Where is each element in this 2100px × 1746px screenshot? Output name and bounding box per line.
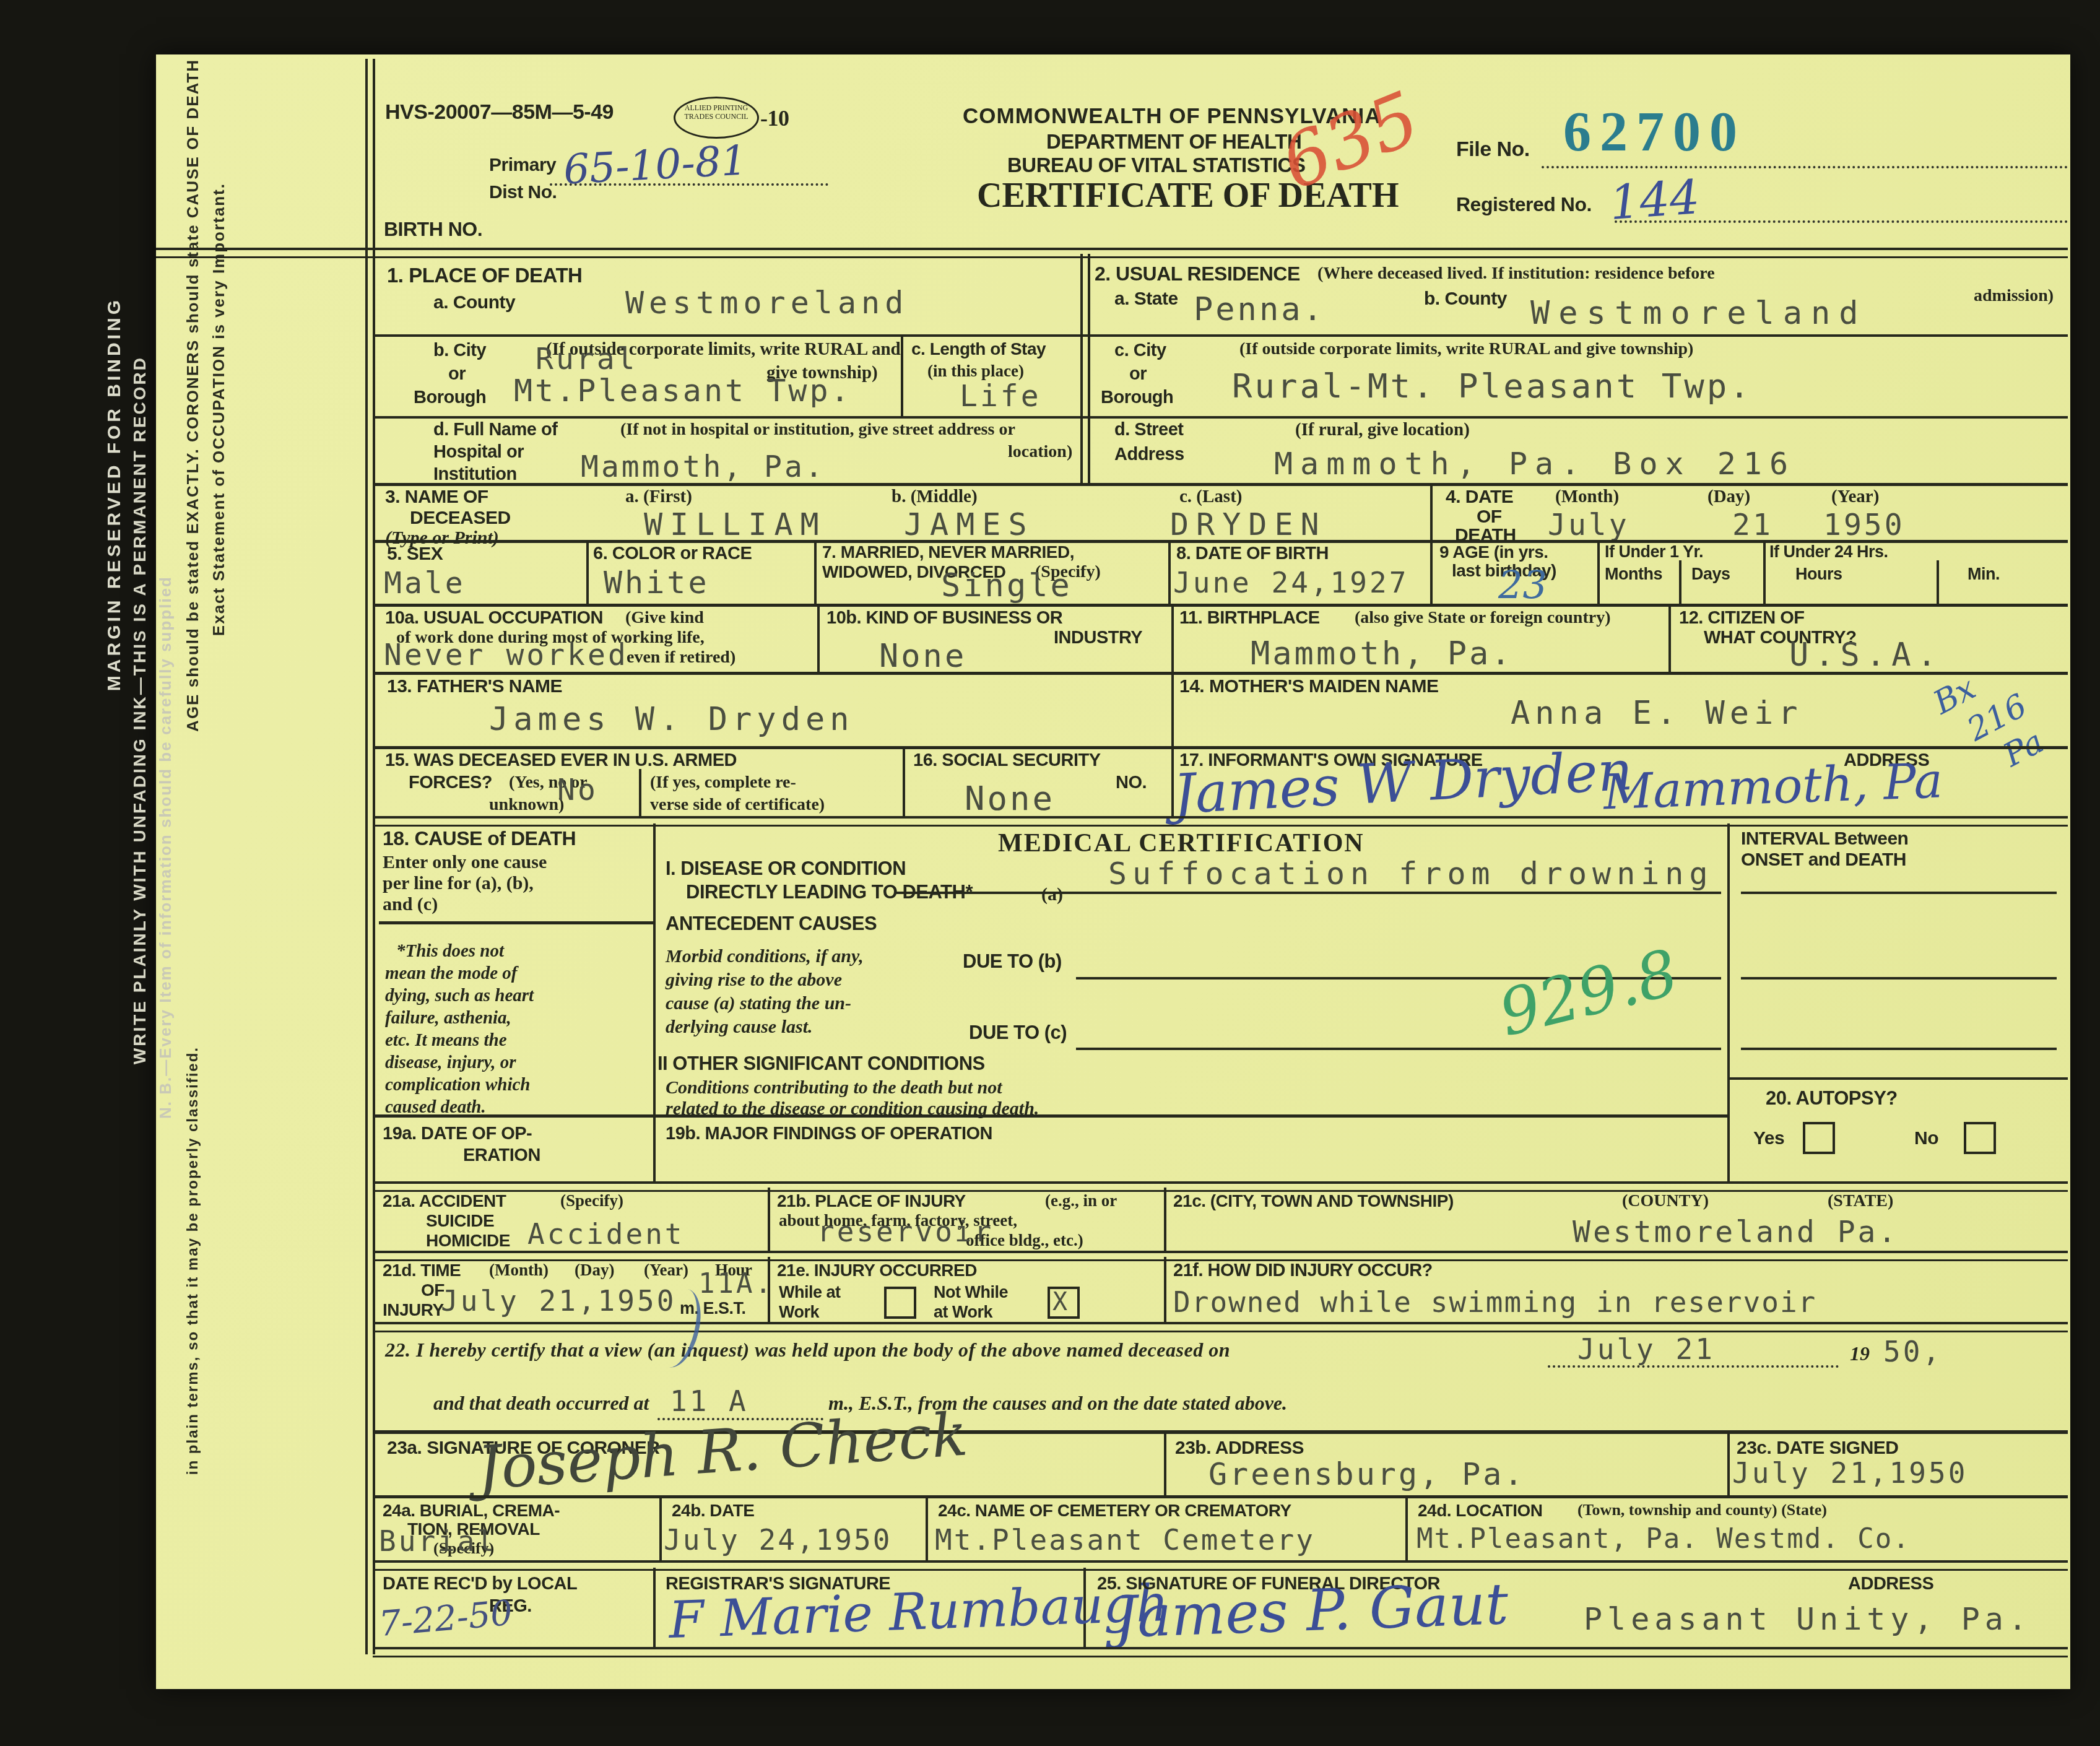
entry-line (896, 892, 1721, 894)
cell-divider (586, 540, 589, 604)
s23c-label: 23c. DATE SIGNED (1737, 1438, 1899, 1459)
form-left-rule (373, 59, 375, 1654)
form-rule (373, 1495, 2068, 1498)
s21d-year-label: (Year) (644, 1261, 688, 1280)
registered-no-value: 144 (1608, 169, 1701, 230)
form-rule-heavy (373, 816, 2068, 827)
s9-under24-label: If Under 24 Hrs. (1769, 542, 1888, 562)
s22-year-value: 50, (1883, 1335, 1942, 1368)
s2c-value: Rural-Mt. Pleasant Twp. (1232, 367, 1752, 406)
form-rule (373, 483, 2068, 486)
s9-label: 9 AGE (in yrs. (1439, 542, 1548, 562)
s1b-value: Mt.Pleasant Twp. (514, 373, 852, 409)
s15-value: No (557, 773, 598, 807)
cell-divider (903, 746, 905, 816)
s24a-value: Burial (379, 1524, 497, 1558)
s21d-label: 21d. TIME (383, 1261, 461, 1280)
cell-divider (1668, 604, 1671, 672)
s15-note: unknown) (489, 795, 564, 815)
s2c-label: Borough (1101, 388, 1173, 408)
medical-morbid-line: Morbid conditions, if any, (666, 946, 864, 967)
s5-label: 5. SEX (387, 544, 443, 565)
s2a-value: Penna. (1194, 291, 1325, 328)
s9-under1-label: If Under 1 Yr. (1605, 542, 1703, 562)
cell-divider (1168, 540, 1171, 604)
s1a-label: a. County (433, 292, 515, 313)
interval-label: INTERVAL Between (1741, 828, 1908, 849)
s1d-note: (If not in hospital or institution, give… (620, 420, 1015, 440)
birth-no-label: BIRTH NO. (384, 218, 482, 241)
s2-note: admission) (1974, 286, 2054, 306)
file-no-label: File No. (1456, 137, 1530, 162)
injury-while-at-work-checkbox (884, 1287, 916, 1319)
s14-label: 14. MOTHER'S MAIDEN NAME (1179, 676, 1439, 697)
s4-day-label: (Day) (1707, 487, 1750, 507)
form-rule (373, 672, 2068, 675)
s4-month-value: July (1548, 508, 1629, 542)
s21e-label: 21e. INJURY OCCURRED (777, 1261, 977, 1280)
interval-line (1741, 892, 2057, 894)
form-rule-heavy (373, 1251, 2068, 1261)
medical-morbid-line: giving rise to the above (666, 970, 842, 991)
s16-label: 16. SOCIAL SECURITY (913, 750, 1101, 771)
s2-note: (Where deceased lived. If institution: r… (1317, 264, 1715, 284)
medical-due-b-label: DUE TO (b) (963, 950, 1062, 973)
s24c-value: Mt.Pleasant Cemetery (935, 1523, 1315, 1557)
s2a-label: a. State (1114, 289, 1178, 310)
s10a-note: (Give kind (625, 608, 704, 628)
s21e-while-label: Work (779, 1303, 819, 1322)
cell-divider (1164, 1434, 1166, 1495)
s19b-label: 19b. MAJOR FINDINGS OF OPERATION (666, 1124, 992, 1144)
s18-note2-line: disease, injury, or (385, 1053, 516, 1073)
s22-time-value: 11 A (670, 1384, 748, 1418)
s1b-label: b. City (433, 341, 486, 361)
medical-ii-label: II OTHER SIGNIFICANT CONDITIONS (657, 1053, 985, 1075)
s24b-value: July 24,1950 (664, 1523, 892, 1557)
s13-label: 13. FATHER'S NAME (387, 676, 562, 697)
s20-yes-label: Yes (1753, 1128, 1784, 1149)
s14-value: Anna E. Weir (1511, 695, 1803, 732)
s4-month-label: (Month) (1555, 487, 1619, 507)
cell-divider (653, 1568, 656, 1647)
s21a-label: 21a. ACCIDENT (383, 1191, 506, 1211)
s21f-label: 21f. HOW DID INJURY OCCUR? (1173, 1261, 1433, 1281)
s19a-label: 19a. DATE OF OP- (383, 1124, 532, 1144)
s9-min-label: Min. (1968, 565, 2000, 584)
margin-write-plainly-text: WRITE PLAINLY WITH UNFADING INK—THIS IS … (130, 356, 150, 1064)
medical-i-label: I. DISEASE OR CONDITION (666, 858, 906, 880)
s8-label: 8. DATE OF BIRTH (1176, 544, 1329, 564)
s3-first-label: a. (First) (625, 487, 692, 507)
s3-heading: DECEASED (410, 508, 511, 529)
autopsy-yes-checkbox (1803, 1122, 1835, 1154)
s1d-value: Mammoth, Pa. (581, 450, 825, 484)
margin-plain-terms-text: in plain terms, so that it may be proper… (184, 1046, 202, 1475)
s21c-county-label: (COUNTY) (1622, 1191, 1709, 1211)
s1b-label: or (448, 364, 466, 384)
form-rule-heavy (373, 1560, 2068, 1571)
s4-day-value: 21 (1732, 508, 1773, 542)
s20-no-label: No (1914, 1128, 1938, 1149)
s9-months-label: Months (1605, 565, 1662, 584)
cell-divider (1171, 672, 1174, 746)
s23b-label: 23b. ADDRESS (1175, 1438, 1304, 1459)
cell-divider (1164, 1188, 1166, 1251)
s1c-label: c. Length of Stay (911, 339, 1046, 359)
form-rule (1727, 1077, 2068, 1080)
s23b-value: Greensburg, Pa. (1208, 1456, 1525, 1492)
medical-morbid-line: cause (a) stating the un- (666, 993, 851, 1014)
s21d-month-label: (Month) (489, 1261, 549, 1280)
s3-last-value: DRYDEN (1170, 506, 1327, 542)
s18-note2-line: *This does not (396, 941, 504, 962)
s22-date-value: July 21 (1577, 1332, 1715, 1366)
s21d-value: July 21,1950 (441, 1284, 676, 1318)
margin-binding-text: MARGIN RESERVED FOR BINDING (104, 297, 125, 691)
margin-nb-text: N. B.—Every Item of information should b… (156, 576, 175, 1119)
s24d-note: (Town, township and county) (State) (1577, 1501, 1827, 1519)
form-rule-heavy (373, 1322, 2068, 1332)
form-rule (373, 416, 2068, 419)
autopsy-no-checkbox (1964, 1122, 1996, 1154)
s7-label: 7. MARRIED, NEVER MARRIED, (822, 542, 1074, 562)
cell-divider (1171, 604, 1174, 672)
cell-divider (814, 540, 817, 604)
form-rule (373, 604, 2068, 607)
s24d-label: 24d. LOCATION (1418, 1501, 1542, 1521)
s21a-value: Accident (527, 1217, 685, 1251)
s21c-value: Westmoreland Pa. (1573, 1215, 1898, 1249)
s21b-value: reservoir (817, 1215, 994, 1248)
medical-a-label: (a) (1041, 884, 1063, 905)
header-department: DEPARTMENT OF HEALTH (1046, 130, 1301, 154)
s2c-label: or (1129, 364, 1147, 384)
cell-divider (1763, 540, 1766, 604)
cell-divider (926, 1498, 928, 1560)
s21e-not-label: Not While (934, 1283, 1008, 1302)
s21a-label: HOMICIDE (426, 1231, 510, 1251)
cell-divider (653, 823, 656, 1183)
cell-divider (1164, 1257, 1166, 1322)
s2c-label: c. City (1114, 341, 1166, 361)
header-bureau: BUREAU OF VITAL STATISTICS (1007, 154, 1305, 177)
s18-note1: and (c) (383, 894, 438, 915)
s18-note2-line: complication which (385, 1075, 530, 1095)
s10a-note: even if retired) (627, 648, 735, 667)
s11-value: Mammoth, Pa. (1251, 635, 1513, 672)
cell-divider (1597, 540, 1600, 604)
s6-label: 6. COLOR or RACE (593, 544, 752, 564)
form-rule (373, 746, 2068, 749)
s9-days-label: Days (1691, 565, 1730, 584)
cell-divider (768, 1188, 770, 1251)
medical-title: MEDICAL CERTIFICATION (998, 828, 1365, 858)
dist-no-label: Dist No. (489, 182, 557, 203)
s19a-label: ERATION (463, 1145, 540, 1166)
cell-divider (1430, 483, 1433, 540)
s18-note2-line: mean the mode of (385, 963, 517, 984)
s2b-value: Westmoreland (1530, 295, 1867, 332)
s18-note2-line: etc. It means the (385, 1030, 507, 1051)
s11-label: 11. BIRTHPLACE (1179, 608, 1320, 628)
s12-value: U.S.A. (1789, 636, 1943, 674)
s1c-note: (in this place) (927, 362, 1024, 381)
s18-note2-line: dying, such as heart (385, 986, 534, 1006)
s1d-label: Institution (433, 464, 517, 485)
header-rule (156, 248, 2068, 258)
s4-year-label: (Year) (1831, 487, 1879, 507)
s2c-note: (If outside corporate limits, write RURA… (1239, 339, 1693, 359)
s15-note: (If yes, complete re- (650, 773, 796, 793)
s13-value: James W. Dryden (489, 701, 854, 738)
interval-line (1741, 977, 2057, 979)
s18-heading: 18. CAUSE of DEATH (383, 827, 576, 850)
s1a-value: Westmoreland (625, 285, 908, 321)
s18-note1: per line for (a), (b), (383, 873, 534, 894)
s2-heading: 2. USUAL RESIDENCE (1095, 263, 1300, 285)
s18-note1: Enter only one cause (383, 852, 547, 873)
s23c-value: July 21,1950 (1732, 1456, 1968, 1490)
form-rule (373, 1114, 1729, 1118)
s21b-note: (e.g., in or (1045, 1191, 1117, 1210)
s7-value: Single (941, 567, 1072, 604)
form-rule (379, 921, 653, 924)
entry-line (1076, 1048, 1721, 1050)
s3-first-value: WILLIAM (644, 506, 827, 542)
s22-year-prefix: 19 (1850, 1342, 1870, 1365)
s1d-note: location) (1008, 442, 1072, 462)
interval-line (1741, 1048, 2057, 1050)
union-label-icon: ALLIED PRINTING TRADES COUNCIL (674, 97, 759, 139)
s21c-state-label: (STATE) (1828, 1191, 1893, 1211)
cell-divider (1430, 540, 1433, 604)
s21d-hour-value: 11A. (698, 1268, 774, 1300)
s22-text: 22. I hereby certify that a view (an inq… (385, 1339, 1230, 1362)
s1d-label: Hospital or (433, 442, 524, 463)
cell-divider (1727, 1434, 1730, 1495)
s10b-value: None (879, 638, 966, 675)
margin-age-coroners-text: AGE should be stated EXACTLY. CORONERS s… (183, 59, 202, 732)
cell-divider (1080, 254, 1083, 483)
s24c-label: 24c. NAME OF CEMETERY OR CREMATORY (938, 1501, 1291, 1521)
s21d-day-label: (Day) (575, 1261, 614, 1280)
cell-divider (1727, 823, 1730, 1183)
form-rule-heavy (373, 1181, 2068, 1192)
form-left-rule (365, 59, 368, 1654)
s24b-label: 24b. DATE (672, 1501, 754, 1521)
s2d-label: d. Street (1114, 420, 1184, 440)
union-label-suffix: -10 (760, 105, 789, 131)
s15-label: 15. WAS DECEASED EVER IN U.S. ARMED (385, 750, 737, 771)
form-rule-heavy (373, 1647, 2068, 1657)
s21d-label: INJURY (383, 1300, 444, 1320)
cell-divider (1088, 254, 1090, 483)
s21f-value: Drowned while swimming in reservoir (1173, 1285, 1816, 1319)
s1-heading: 1. PLACE OF DEATH (387, 264, 582, 287)
s11-note: (also give State or foreign country) (1355, 608, 1610, 628)
s21a-note: (Specify) (560, 1191, 623, 1210)
medical-ii-note: Conditions contributing to the death but… (666, 1077, 1002, 1098)
cell-divider (1405, 1498, 1408, 1560)
medical-due-c-label: DUE TO (c) (969, 1022, 1067, 1044)
s9-value: 23 (1498, 562, 1547, 607)
s4-heading: OF (1477, 506, 1502, 528)
form-rule (373, 334, 2068, 337)
interval-label: ONSET and DEATH (1741, 849, 1906, 871)
s10b-label: INDUSTRY (1054, 628, 1142, 648)
s10a-label: 10a. USUAL OCCUPATION (385, 608, 603, 628)
s21a-label: SUICIDE (426, 1211, 494, 1231)
s21b-label: 21b. PLACE OF INJURY (777, 1191, 966, 1211)
s3-last-label: c. (Last) (1179, 487, 1242, 507)
funeral-director-signature: James P. Gaut (1113, 1571, 1509, 1651)
s1b-label: Borough (414, 388, 486, 408)
s10a-value: Never worked (384, 638, 628, 672)
dist-no-value: 65-10-81 (562, 136, 748, 193)
funeral-address-label: ADDRESS (1848, 1574, 1933, 1594)
medical-a-value: Suffocation from drowning (1108, 856, 1714, 892)
death-certificate-scan: MARGIN RESERVED FOR BINDING WRITE PLAINL… (0, 0, 2100, 1746)
file-no-line (1542, 166, 2068, 168)
cell-divider (659, 1498, 662, 1560)
registered-no-label: Registered No. (1456, 193, 1592, 216)
s22-text: and that death occurred at (433, 1392, 649, 1415)
s6-value: White (604, 565, 709, 601)
cell-divider (817, 604, 820, 672)
s4-year-value: 1950 (1823, 508, 1905, 542)
s3-middle-label: b. (Middle) (892, 487, 978, 507)
s2d-label: Address (1114, 445, 1184, 465)
s10b-label: 10b. KIND OF BUSINESS OR (827, 608, 1062, 628)
s2b-label: b. County (1424, 289, 1507, 310)
s17-address-value: Mammoth, Pa (1603, 753, 1944, 820)
date-recd-label: DATE REC'D by LOCAL (383, 1574, 577, 1594)
s24d-value: Mt.Pleasant, Pa. Westmd. Co. (1417, 1523, 1911, 1555)
s1d-label: d. Full Name of (433, 420, 557, 440)
s3-heading: 3. NAME OF (385, 487, 488, 508)
medical-morbid-line: derlying cause last. (666, 1017, 813, 1038)
s8-value: June 24,1927 (1173, 566, 1408, 599)
s21e-while-label: While at (779, 1283, 841, 1302)
s24a-label: 24a. BURIAL, CREMA- (383, 1501, 560, 1521)
cell-divider (901, 334, 903, 416)
union-label-text: ALLIED PRINTING TRADES COUNCIL (675, 98, 757, 121)
s2d-value: Mammoth, Pa. Box 216 (1274, 446, 1795, 482)
s20-label: 20. AUTOPSY? (1766, 1087, 1898, 1110)
s3-middle-value: JAMES (904, 506, 1035, 542)
primary-label: Primary (489, 155, 556, 176)
s18-note2-line: failure, asthenia, (385, 1008, 511, 1028)
s4-heading: 4. DATE (1446, 487, 1513, 508)
s16-label: NO. (1116, 773, 1147, 793)
file-no-value: 62700 (1563, 100, 1746, 164)
s2d-note: (If rural, give location) (1295, 420, 1470, 440)
s1b-value: Rural (536, 342, 638, 376)
medical-antecedent-label: ANTECEDENT CAUSES (666, 913, 877, 935)
s16-value: None (965, 779, 1055, 818)
form-number: HVS-20007—85M—5-49 (385, 100, 614, 124)
s15-label: FORCES? (409, 773, 492, 793)
s9-hours-label: Hours (1795, 565, 1842, 584)
cell-divider (639, 769, 641, 816)
injury-checkbox-x-mark: X (1052, 1288, 1070, 1316)
s1c-value: Life (960, 379, 1041, 414)
cell-divider (1679, 560, 1681, 604)
funeral-address-value: Pleasant Unity, Pa. (1584, 1601, 2032, 1637)
cell-divider (1937, 560, 1939, 604)
s5-value: Male (384, 566, 466, 601)
s21e-not-label: at Work (934, 1303, 992, 1322)
s15-note: verse side of certificate) (650, 795, 825, 815)
s12-label: 12. CITIZEN OF (1679, 608, 1804, 628)
s21c-label: 21c. (CITY, TOWN AND TOWNSHIP) (1173, 1191, 1454, 1211)
